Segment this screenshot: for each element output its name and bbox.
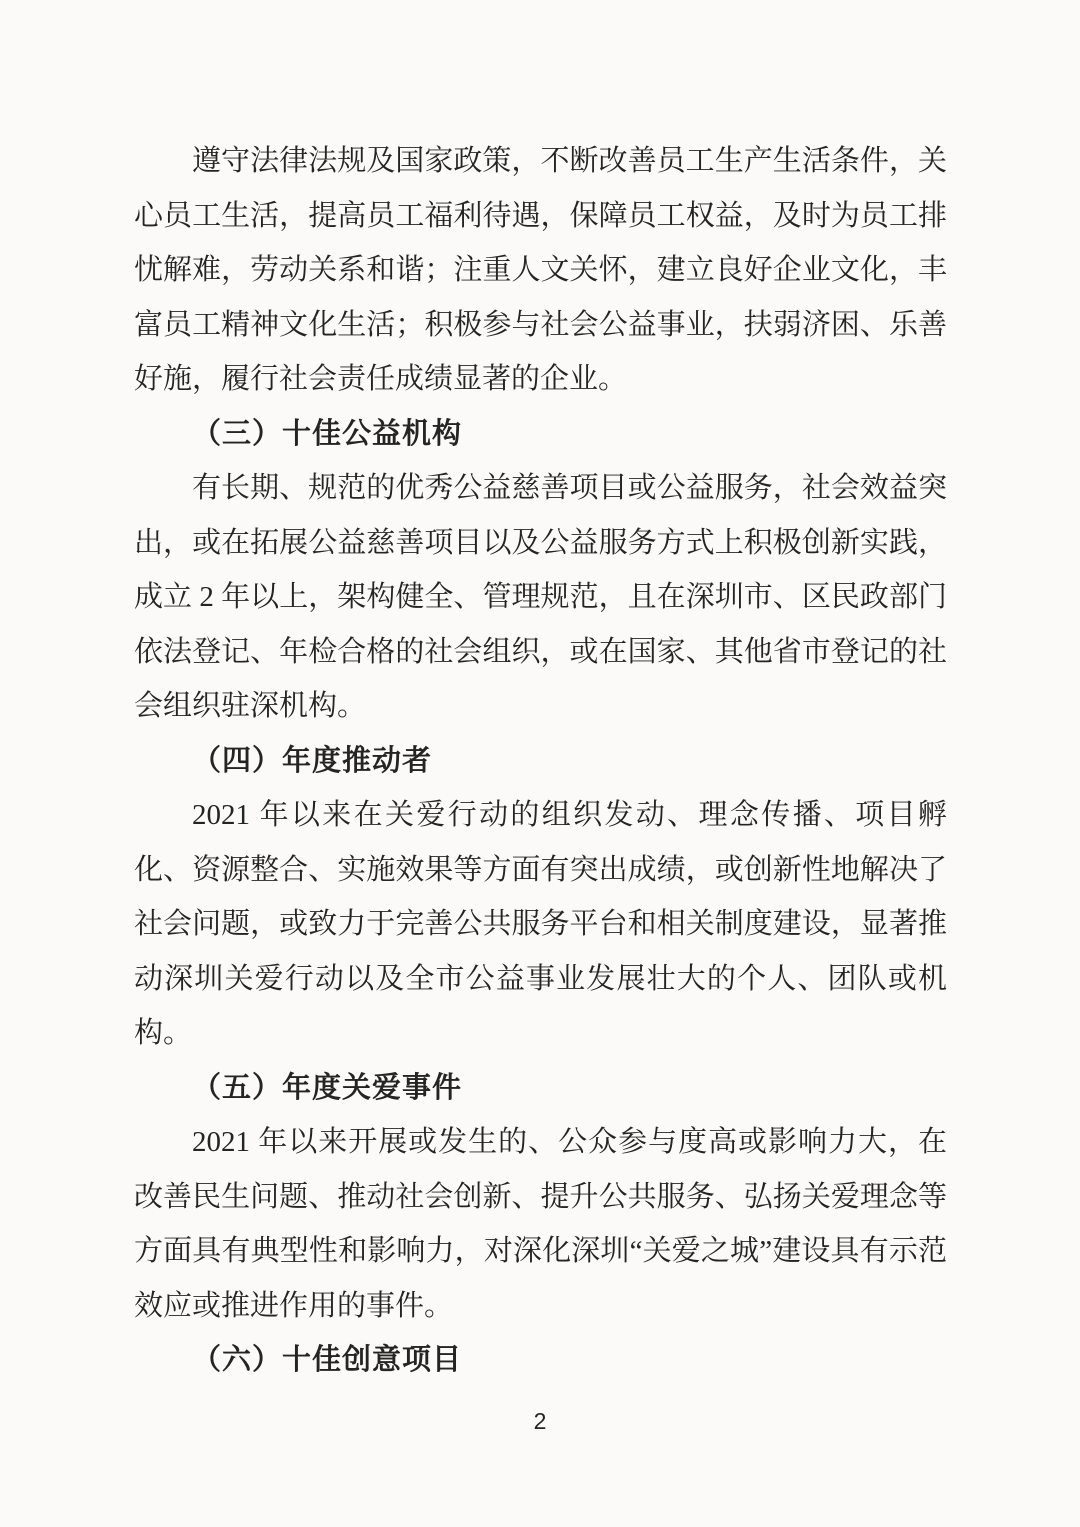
page-number: 2 — [0, 1408, 1080, 1435]
paragraph: 2021 年以来在关爱行动的组织发动、理念传播、项目孵化、资源整合、实施效果等方… — [134, 788, 947, 1061]
section-heading: （四）年度推动者 — [134, 734, 947, 789]
section-heading: （六）十佳创意项目 — [134, 1333, 947, 1388]
document-body: 遵守法律法规及国家政策，不断改善员工生产生活条件，关心员工生活，提高员工福利待遇… — [134, 134, 947, 1388]
section-heading: （三）十佳公益机构 — [134, 407, 947, 462]
paragraph: 有长期、规范的优秀公益慈善项目或公益服务，社会效益突出，或在拓展公益慈善项目以及… — [134, 461, 947, 734]
paragraph: 遵守法律法规及国家政策，不断改善员工生产生活条件，关心员工生活，提高员工福利待遇… — [134, 134, 947, 407]
section-heading: （五）年度关爱事件 — [134, 1061, 947, 1116]
paragraph: 2021 年以来开展或发生的、公众参与度高或影响力大，在改善民生问题、推动社会创… — [134, 1115, 947, 1333]
document-page: 遵守法律法规及国家政策，不断改善员工生产生活条件，关心员工生活，提高员工福利待遇… — [0, 0, 1080, 1527]
